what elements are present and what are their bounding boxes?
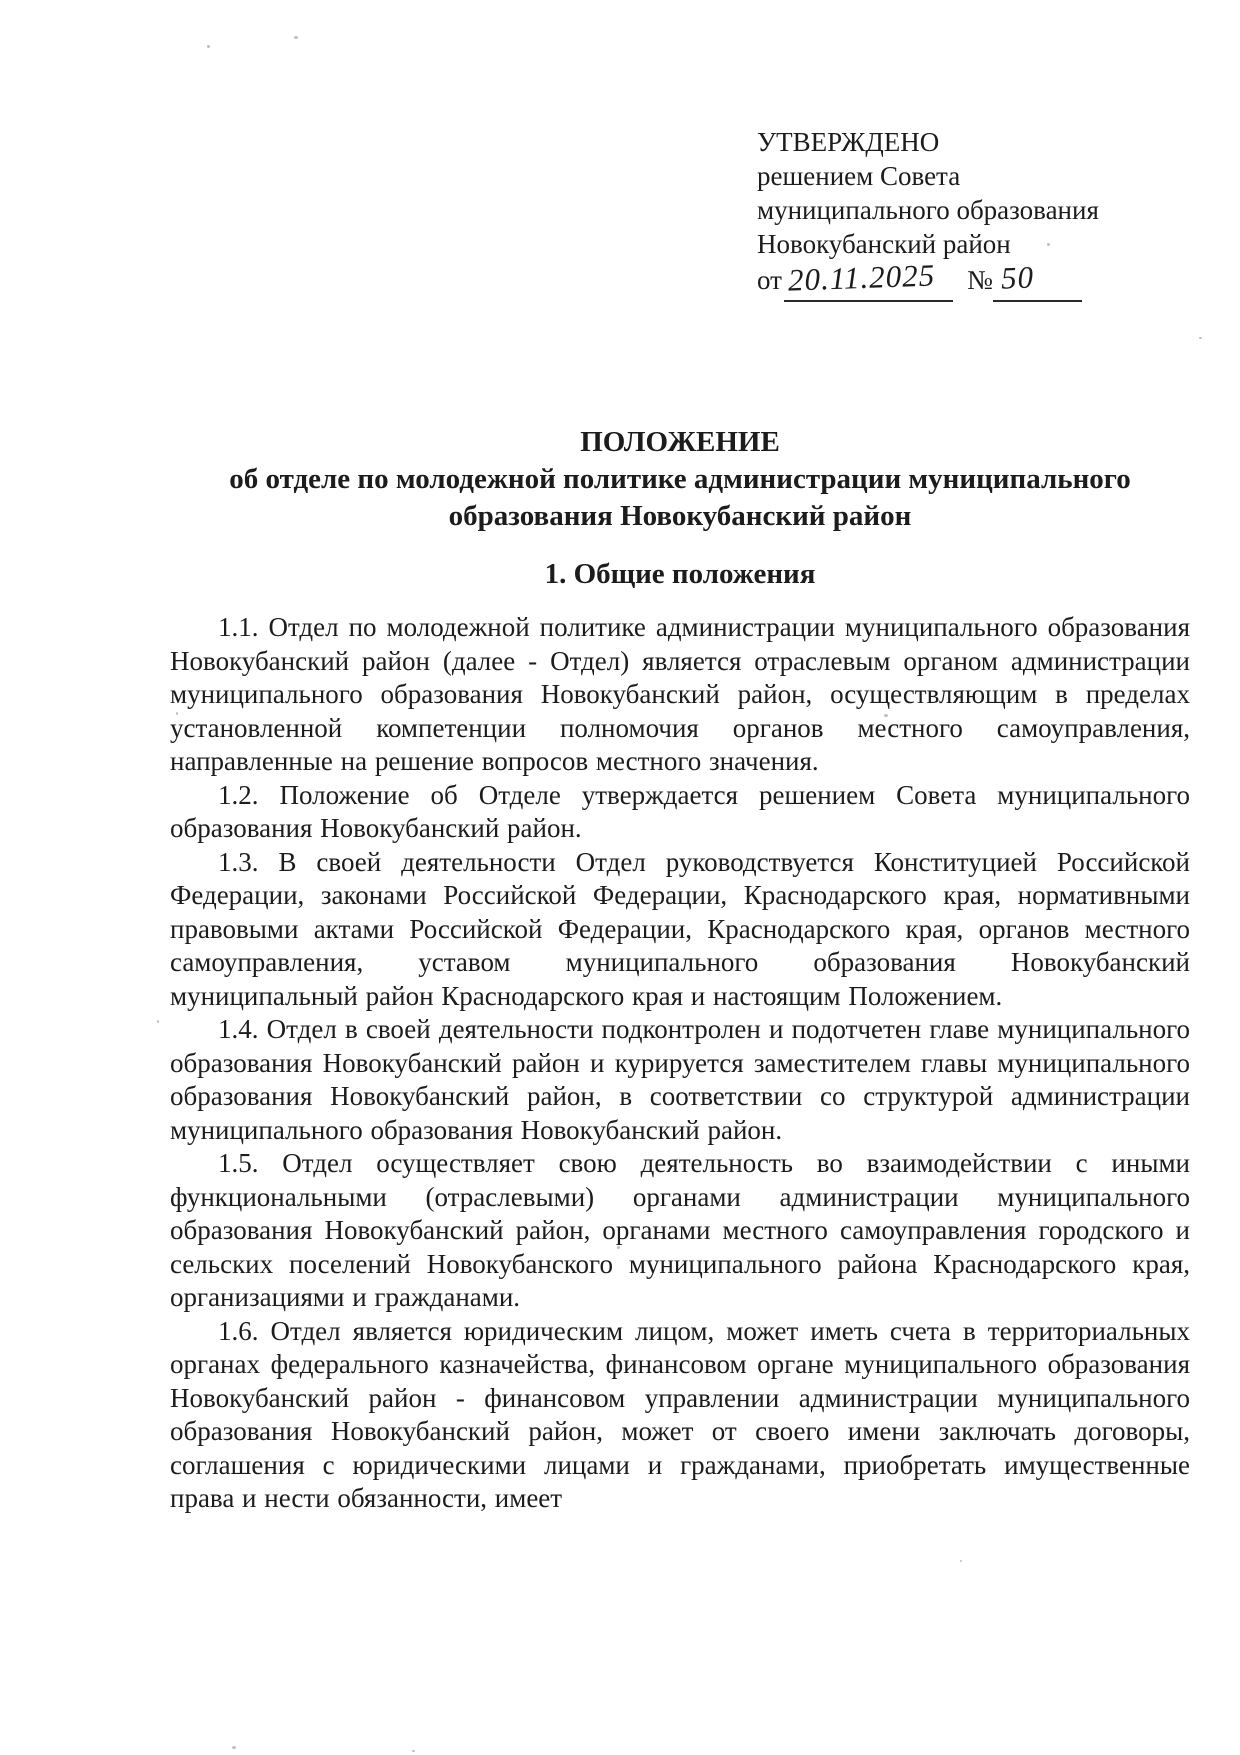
scan-speck [884,714,888,717]
scan-speck [1199,337,1202,339]
approval-line-4: Новокубанский район [757,227,1197,261]
document-body: 1.1. Отдел по молодежной политике админи… [170,611,1190,1516]
document-title-block: ПОЛОЖЕНИЕ об отделе по молодежной полити… [170,424,1190,535]
paragraph-1-4: 1.4. Отдел в своей деятельности подконтр… [170,1013,1190,1147]
handwritten-date-underline: 20.11.2025 [784,262,953,302]
approval-line-3: муниципального образования [757,193,1197,227]
approval-date-line: от20.11.2025№50 [757,262,1197,302]
paragraph-1-6: 1.6. Отдел является юридическим лицом, м… [170,1315,1190,1516]
scan-speck [1047,243,1050,246]
paragraph-1-1: 1.1. Отдел по молодежной политике админи… [170,611,1190,779]
scan-speck [960,1560,962,1562]
document-subtitle: об отделе по молодежной политике админис… [170,461,1190,535]
handwritten-number-value: 50 [1000,260,1034,295]
section-1-heading: 1. Общие положения [170,556,1190,592]
scan-speck [412,1750,415,1752]
paragraph-1-3: 1.3. В своей деятельности Отдел руководс… [170,846,1190,1014]
scan-speck [207,45,210,48]
document-page: УТВЕРЖДЕНО решением Совета муниципальног… [0,0,1240,1755]
scan-speck [617,1246,620,1249]
handwritten-number-underline: 50 [993,262,1082,302]
approval-block: УТВЕРЖДЕНО решением Совета муниципальног… [757,125,1197,302]
scan-speck [157,1020,159,1023]
date-prefix-label: от [757,265,782,295]
scan-speck [294,36,298,39]
paragraph-1-2: 1.2. Положение об Отделе утверждается ре… [170,779,1190,846]
document-title: ПОЛОЖЕНИЕ [170,424,1190,461]
scan-speck [232,1746,236,1749]
approval-line-1: УТВЕРЖДЕНО [757,125,1197,159]
handwritten-date-value: 20.11.2025 [787,258,935,297]
approval-line-2: решением Совета [757,159,1197,193]
number-sign: № [967,265,993,295]
scan-speck [176,712,178,715]
paragraph-1-5: 1.5. Отдел осуществляет свою деятельност… [170,1147,1190,1315]
